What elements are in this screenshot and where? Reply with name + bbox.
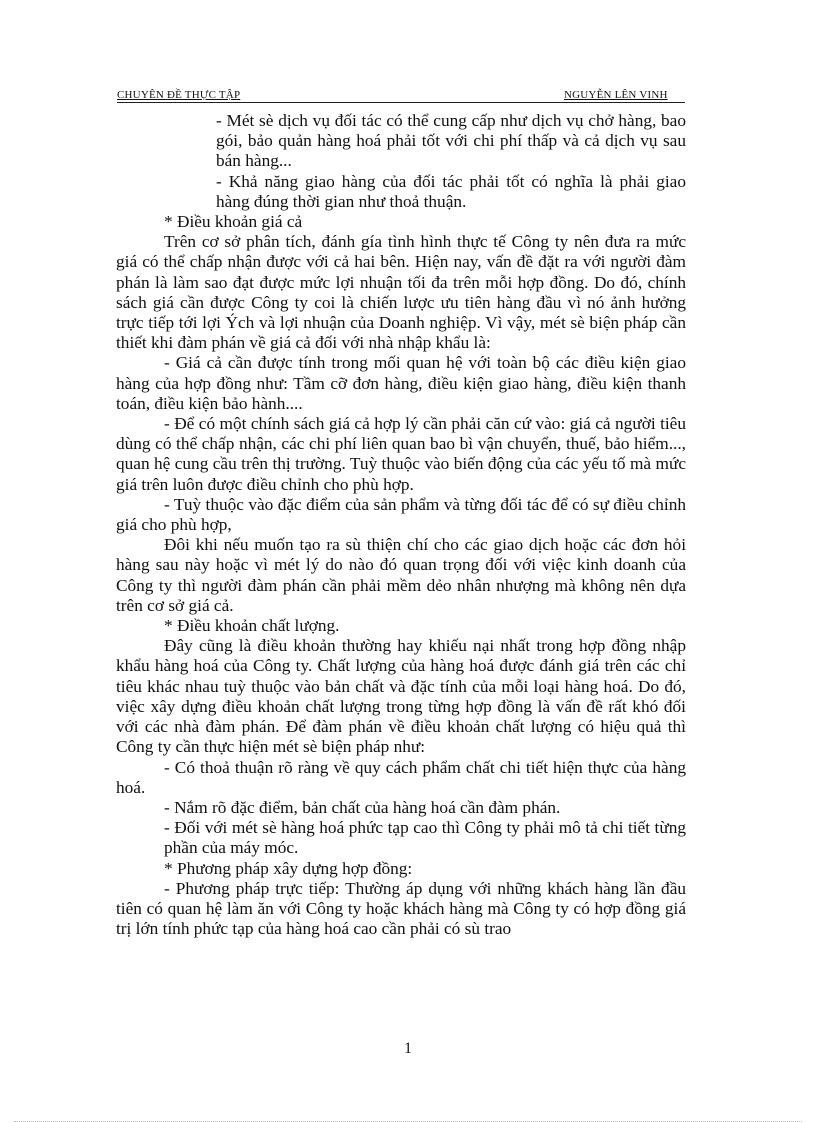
section-heading-quality: * Điều khoản chất lượng.	[116, 616, 686, 636]
paragraph: - Tuỳ thuộc vào đặc điểm của sản phẩm và…	[116, 495, 686, 535]
paragraph: - Đối với mét sè hàng hoá phức tạp cao t…	[116, 818, 686, 858]
document-page: CHUYÊN ĐỀ THỰC TẬP NGUYỄN LÊN VINH - Mét…	[0, 0, 816, 1123]
paragraph: Trên cơ sở phân tích, đánh gía tình hình…	[116, 232, 686, 353]
paragraph: - Nắm rõ đặc điểm, bản chất của hàng hoá…	[116, 798, 686, 818]
running-header: CHUYÊN ĐỀ THỰC TẬP NGUYỄN LÊN VINH	[117, 86, 685, 103]
header-title: CHUYÊN ĐỀ THỰC TẬP	[117, 89, 240, 101]
page-number: 1	[0, 1040, 816, 1058]
paragraph: - Để có một chính sách giá cả hợp lý cần…	[116, 414, 686, 495]
paragraph: - Mét sè dịch vụ đối tác có thể cung cấp…	[116, 111, 686, 172]
paragraph: - Khả năng giao hàng của đối tác phải tố…	[116, 172, 686, 212]
section-heading-contract-method: * Phương pháp xây dựng hợp đồng:	[116, 859, 686, 879]
paragraph: Đây cũng là điều khoản thường hay khiếu …	[116, 636, 686, 757]
header-author: NGUYỄN LÊN VINH	[564, 89, 668, 101]
paragraph: Đôi khi nếu muốn tạo ra sù thiện chí cho…	[116, 535, 686, 616]
paragraph: - Giá cả cần được tính trong mối quan hệ…	[116, 353, 686, 414]
document-body: - Mét sè dịch vụ đối tác có thể cung cấp…	[116, 111, 686, 939]
paragraph: - Phương pháp trực tiếp: Thường áp dụng …	[116, 879, 686, 940]
paragraph: - Có thoả thuận rõ ràng về quy cách phẩm…	[116, 758, 686, 798]
page-break-divider	[14, 1121, 802, 1122]
section-heading-price: * Điều khoản giá cả	[116, 212, 686, 232]
